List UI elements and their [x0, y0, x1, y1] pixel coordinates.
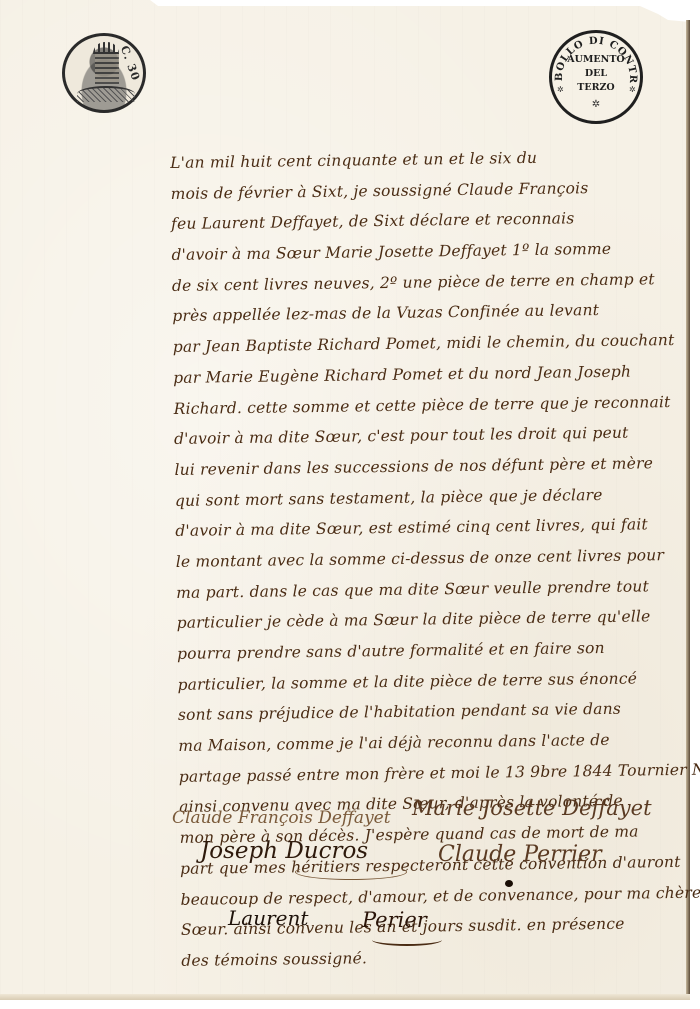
signature-joseph-ducros: Joseph Ducros	[200, 838, 368, 864]
stamp-line-aumento: AUMENTO	[552, 53, 640, 67]
star-icon: ✲	[552, 99, 640, 110]
signature-laurent: Laurent	[228, 906, 308, 930]
signature-claude-perrier: Claude Perrier	[438, 842, 602, 867]
signature-marie-josette: Marie Josette Deffayet	[412, 796, 652, 820]
signature-flourish	[295, 864, 407, 880]
landscape-icon	[77, 86, 135, 102]
page-bottom-edge	[0, 994, 690, 1000]
signature-flourish	[372, 934, 442, 946]
stamp-line-terzo: TERZO	[552, 81, 640, 95]
signature-perier-text: Perier	[362, 908, 427, 932]
crown-icon	[93, 42, 119, 54]
control-stamp: BOLLO DI CONTROLLO ✲ ✲ AUMENTO DEL TERZO…	[549, 30, 643, 124]
stamp-line-del: DEL	[552, 67, 640, 81]
signature-joseph-text: Joseph Ducros	[200, 838, 368, 864]
signature-perier: Perier	[362, 908, 427, 932]
signature-claude-francois: Claude François Deffayet	[172, 808, 391, 828]
ink-blot	[505, 880, 513, 887]
tower-icon	[95, 54, 119, 84]
